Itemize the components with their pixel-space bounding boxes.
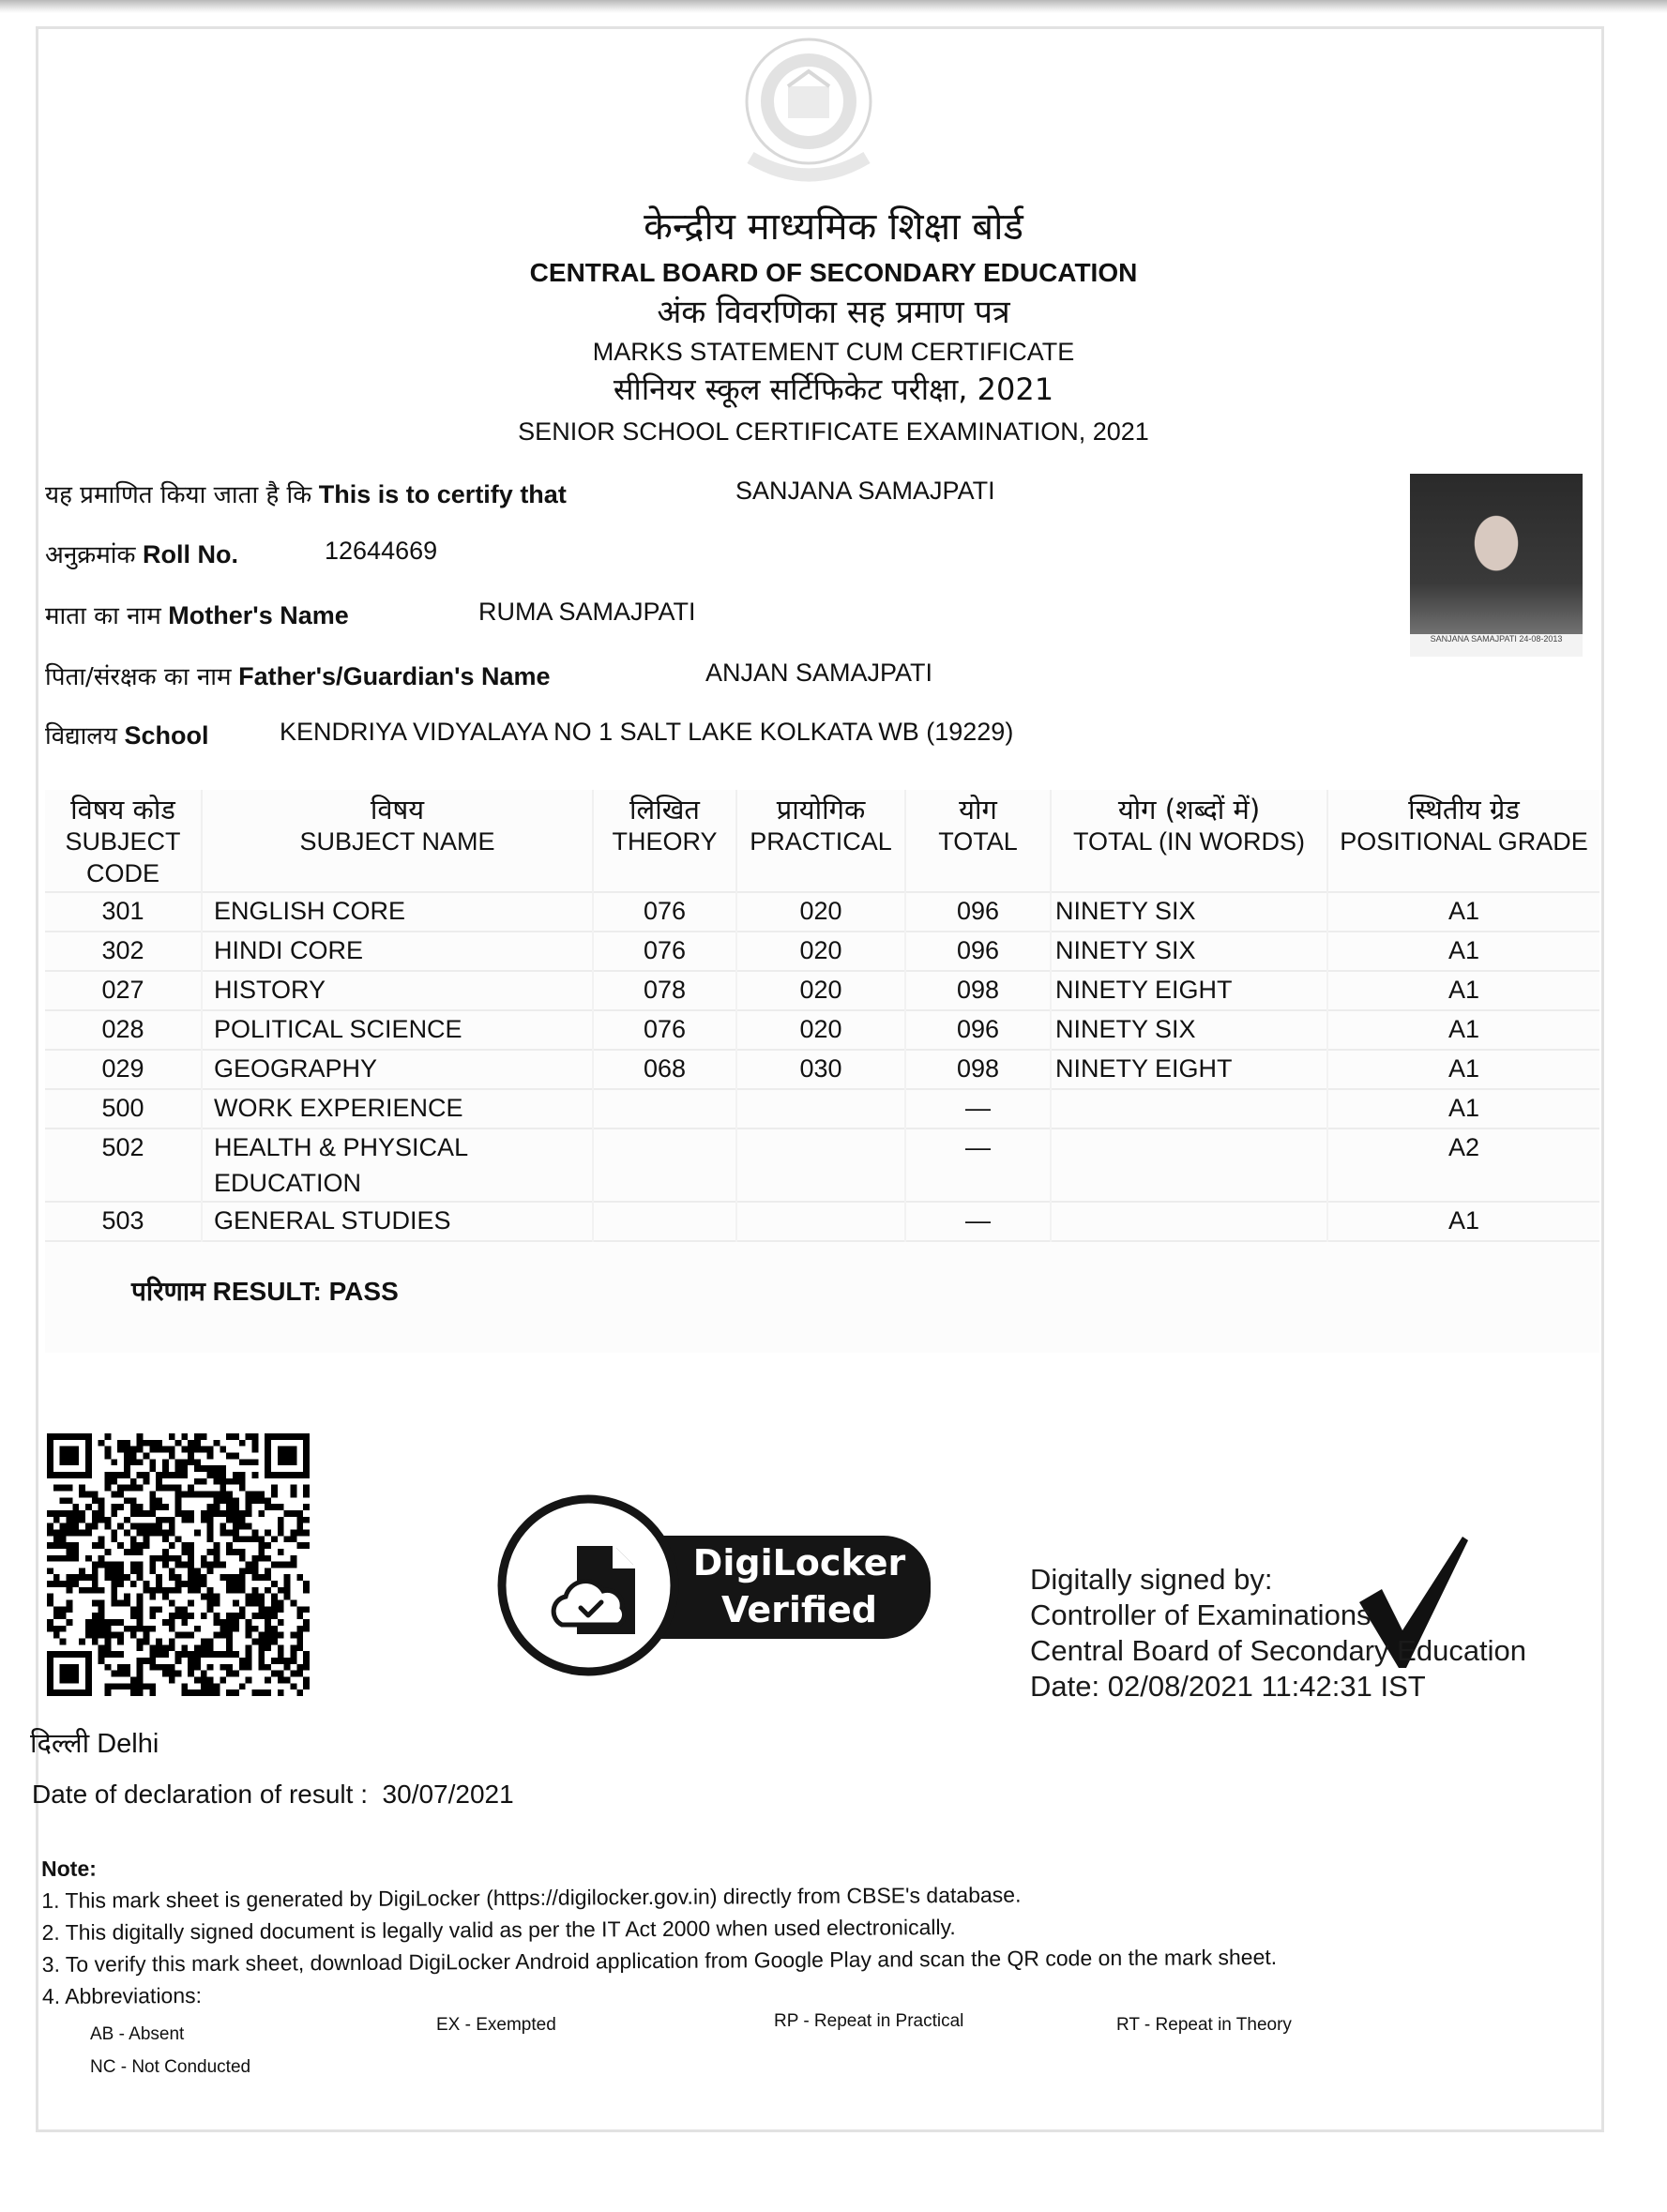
roll-number: 12644669 (325, 537, 437, 566)
subject-name: POLITICAL SCIENCE (202, 1010, 593, 1050)
practical-marks (736, 1089, 905, 1129)
student-photo: SANJANA SAMAJPATI 24-08-2013 (1410, 474, 1583, 657)
subject-name: GEOGRAPHY (202, 1050, 593, 1089)
father-row: पिता/संरक्षक का नाम Father's/Guardian's … (45, 659, 551, 692)
marks-table: विषय कोडSUBJECT CODE विषयSUBJECT NAME लि… (45, 790, 1599, 1353)
father-label: पिता/संरक्षक का नाम Father's/Guardian's … (45, 662, 551, 690)
declaration-date: 30/07/2021 (383, 1780, 514, 1809)
subject-code: 301 (45, 892, 202, 932)
declaration-date-line: Date of declaration of result : 30/07/20… (32, 1780, 514, 1810)
signed-by-label: Digitally signed by: (1030, 1562, 1526, 1598)
abbr-exempted: EX - Exempted (436, 2015, 556, 2036)
positional-grade: A1 (1327, 1010, 1599, 1050)
doc-type-english: MARKS STATEMENT CUM CERTIFICATE (0, 338, 1667, 367)
positional-grade: A1 (1327, 1202, 1599, 1241)
father-name: ANJAN SAMAJPATI (705, 659, 932, 688)
photo-caption: SANJANA SAMAJPATI 24-08-2013 (1410, 634, 1583, 657)
result-value: PASS (329, 1277, 399, 1306)
practical-marks (736, 1202, 905, 1241)
roll-label: अनुक्रमांक Roll No. (45, 540, 238, 568)
theory-marks (593, 1129, 736, 1202)
result-label: RESULT: (213, 1277, 322, 1306)
subject-name: HISTORY (202, 971, 593, 1010)
total-in-words (1051, 1089, 1327, 1129)
theory-marks: 076 (593, 1010, 736, 1050)
abbr-absent: AB - Absent (90, 2024, 184, 2045)
col-header-total: योगTOTAL (905, 790, 1051, 892)
subject-name: HEALTH & PHYSICAL EDUCATION (202, 1129, 593, 1202)
signer-title: Controller of Examinations (1030, 1598, 1526, 1633)
total-in-words: NINETY SIX (1051, 892, 1327, 932)
practical-marks: 020 (736, 971, 905, 1010)
subject-code: 503 (45, 1202, 202, 1241)
total-marks: 096 (905, 1010, 1051, 1050)
practical-marks: 030 (736, 1050, 905, 1089)
exam-name-english: SENIOR SCHOOL CERTIFICATE EXAMINATION, 2… (0, 417, 1667, 447)
mother-name: RUMA SAMAJPATI (478, 598, 696, 627)
col-header-grade: स्थितीय ग्रेडPOSITIONAL GRADE (1327, 790, 1599, 892)
signer-organization: Central Board of Secondary Education (1030, 1633, 1526, 1669)
col-header-subject: विषयSUBJECT NAME (202, 790, 593, 892)
abbr-repeat-practical: RP - Repeat in Practical (774, 2011, 963, 2032)
total-marks: 096 (905, 932, 1051, 971)
subject-code: 500 (45, 1089, 202, 1129)
total-in-words: NINETY SIX (1051, 932, 1327, 971)
roll-row: अनुक्रमांक Roll No. 12644669 (45, 537, 238, 570)
school-label: विद्यालय School (45, 721, 209, 750)
total-in-words: NINETY SIX (1051, 1010, 1327, 1050)
school-row: विद्यालय School KENDRIYA VIDYALAYA NO 1 … (45, 718, 209, 751)
digilocker-verified-badge: DigiLocker Verified (490, 1487, 942, 1684)
theory-marks: 076 (593, 932, 736, 971)
positional-grade: A1 (1327, 1089, 1599, 1129)
positional-grade: A1 (1327, 971, 1599, 1010)
exam-name-hindi: सीनियर स्कूल सर्टिफिकेट परीक्षा, 2021 (0, 369, 1667, 409)
total-in-words (1051, 1202, 1327, 1241)
total-marks: 098 (905, 971, 1051, 1010)
theory-marks (593, 1202, 736, 1241)
col-header-total-words: योग (शब्दों में)TOTAL (IN WORDS) (1051, 790, 1327, 892)
col-header-practical: प्रायोगिकPRACTICAL (736, 790, 905, 892)
student-name: SANJANA SAMAJPATI (735, 477, 995, 506)
digital-signature-block: Digitally signed by: Controller of Exami… (1030, 1562, 1526, 1704)
total-marks: 096 (905, 892, 1051, 932)
positional-grade: A1 (1327, 932, 1599, 971)
qr-code[interactable] (47, 1433, 310, 1696)
total-in-words: NINETY EIGHT (1051, 1050, 1327, 1089)
table-row: 029GEOGRAPHY068030098NINETY EIGHTA1 (45, 1050, 1599, 1089)
certify-row: यह प्रमाणित किया जाता है कि This is to c… (45, 477, 567, 510)
scan-edge (0, 0, 1667, 13)
practical-marks: 020 (736, 932, 905, 971)
table-row: 500WORK EXPERIENCE—A1 (45, 1089, 1599, 1129)
badge-line-1: DigiLocker (687, 1539, 912, 1586)
subject-name: WORK EXPERIENCE (202, 1089, 593, 1129)
table-row: 503GENERAL STUDIES—A1 (45, 1202, 1599, 1241)
board-name-hindi: केन्द्रीय माध्यमिक शिक्षा बोर्ड (0, 199, 1667, 250)
theory-marks: 078 (593, 971, 736, 1010)
subject-code: 502 (45, 1129, 202, 1202)
col-header-theory: लिखितTHEORY (593, 790, 736, 892)
total-marks: — (905, 1089, 1051, 1129)
col-header-code: विषय कोडSUBJECT CODE (45, 790, 202, 892)
subject-code: 029 (45, 1050, 202, 1089)
theory-marks: 076 (593, 892, 736, 932)
board-name-english: CENTRAL BOARD OF SECONDARY EDUCATION (0, 258, 1667, 288)
table-row: 028POLITICAL SCIENCE076020096NINETY SIXA… (45, 1010, 1599, 1050)
school-name: KENDRIYA VIDYALAYA NO 1 SALT LAKE KOLKAT… (280, 718, 1013, 747)
cbse-emblem-icon (734, 28, 884, 188)
positional-grade: A2 (1327, 1129, 1599, 1202)
result-label-hindi: परिणाम (131, 1276, 205, 1307)
total-in-words: NINETY EIGHT (1051, 971, 1327, 1010)
document-cloud-check-icon (541, 1538, 654, 1651)
notes-section: Note: 1. This mark sheet is generated by… (41, 1845, 1277, 2012)
subject-code: 028 (45, 1010, 202, 1050)
subject-name: HINDI CORE (202, 932, 593, 971)
theory-marks: 068 (593, 1050, 736, 1089)
doc-type-hindi: अंक विवरणिका सह प्रमाण पत्र (0, 289, 1667, 332)
abbr-repeat-theory: RT - Repeat in Theory (1116, 2015, 1292, 2036)
total-marks: — (905, 1129, 1051, 1202)
mother-row: माता का नाम Mother's Name RUMA SAMAJPATI (45, 598, 349, 631)
subject-name: GENERAL STUDIES (202, 1202, 593, 1241)
total-in-words (1051, 1129, 1327, 1202)
table-row: 302HINDI CORE076020096NINETY SIXA1 (45, 932, 1599, 971)
total-marks: 098 (905, 1050, 1051, 1089)
positional-grade: A1 (1327, 892, 1599, 932)
theory-marks (593, 1089, 736, 1129)
abbr-not-conducted: NC - Not Conducted (90, 2057, 250, 2078)
signature-date: Date: 02/08/2021 11:42:31 IST (1030, 1669, 1526, 1704)
place-of-issue: दिल्ली Delhi (30, 1724, 159, 1761)
certify-label: यह प्रमाणित किया जाता है कि This is to c… (45, 480, 567, 508)
practical-marks: 020 (736, 892, 905, 932)
total-marks: — (905, 1202, 1051, 1241)
table-header-row: विषय कोडSUBJECT CODE विषयSUBJECT NAME लि… (45, 790, 1599, 892)
table-row: 502HEALTH & PHYSICAL EDUCATION—A2 (45, 1129, 1599, 1202)
positional-grade: A1 (1327, 1050, 1599, 1089)
practical-marks: 020 (736, 1010, 905, 1050)
subject-name: ENGLISH CORE (202, 892, 593, 932)
practical-marks (736, 1129, 905, 1202)
subject-code: 302 (45, 932, 202, 971)
mother-label: माता का नाम Mother's Name (45, 601, 349, 629)
table-row: 301ENGLISH CORE076020096NINETY SIXA1 (45, 892, 1599, 932)
result-line: परिणाम RESULT: PASS (131, 1273, 399, 1309)
subject-code: 027 (45, 971, 202, 1010)
badge-line-2: Verified (687, 1586, 912, 1633)
table-row: 027HISTORY078020098NINETY EIGHTA1 (45, 971, 1599, 1010)
